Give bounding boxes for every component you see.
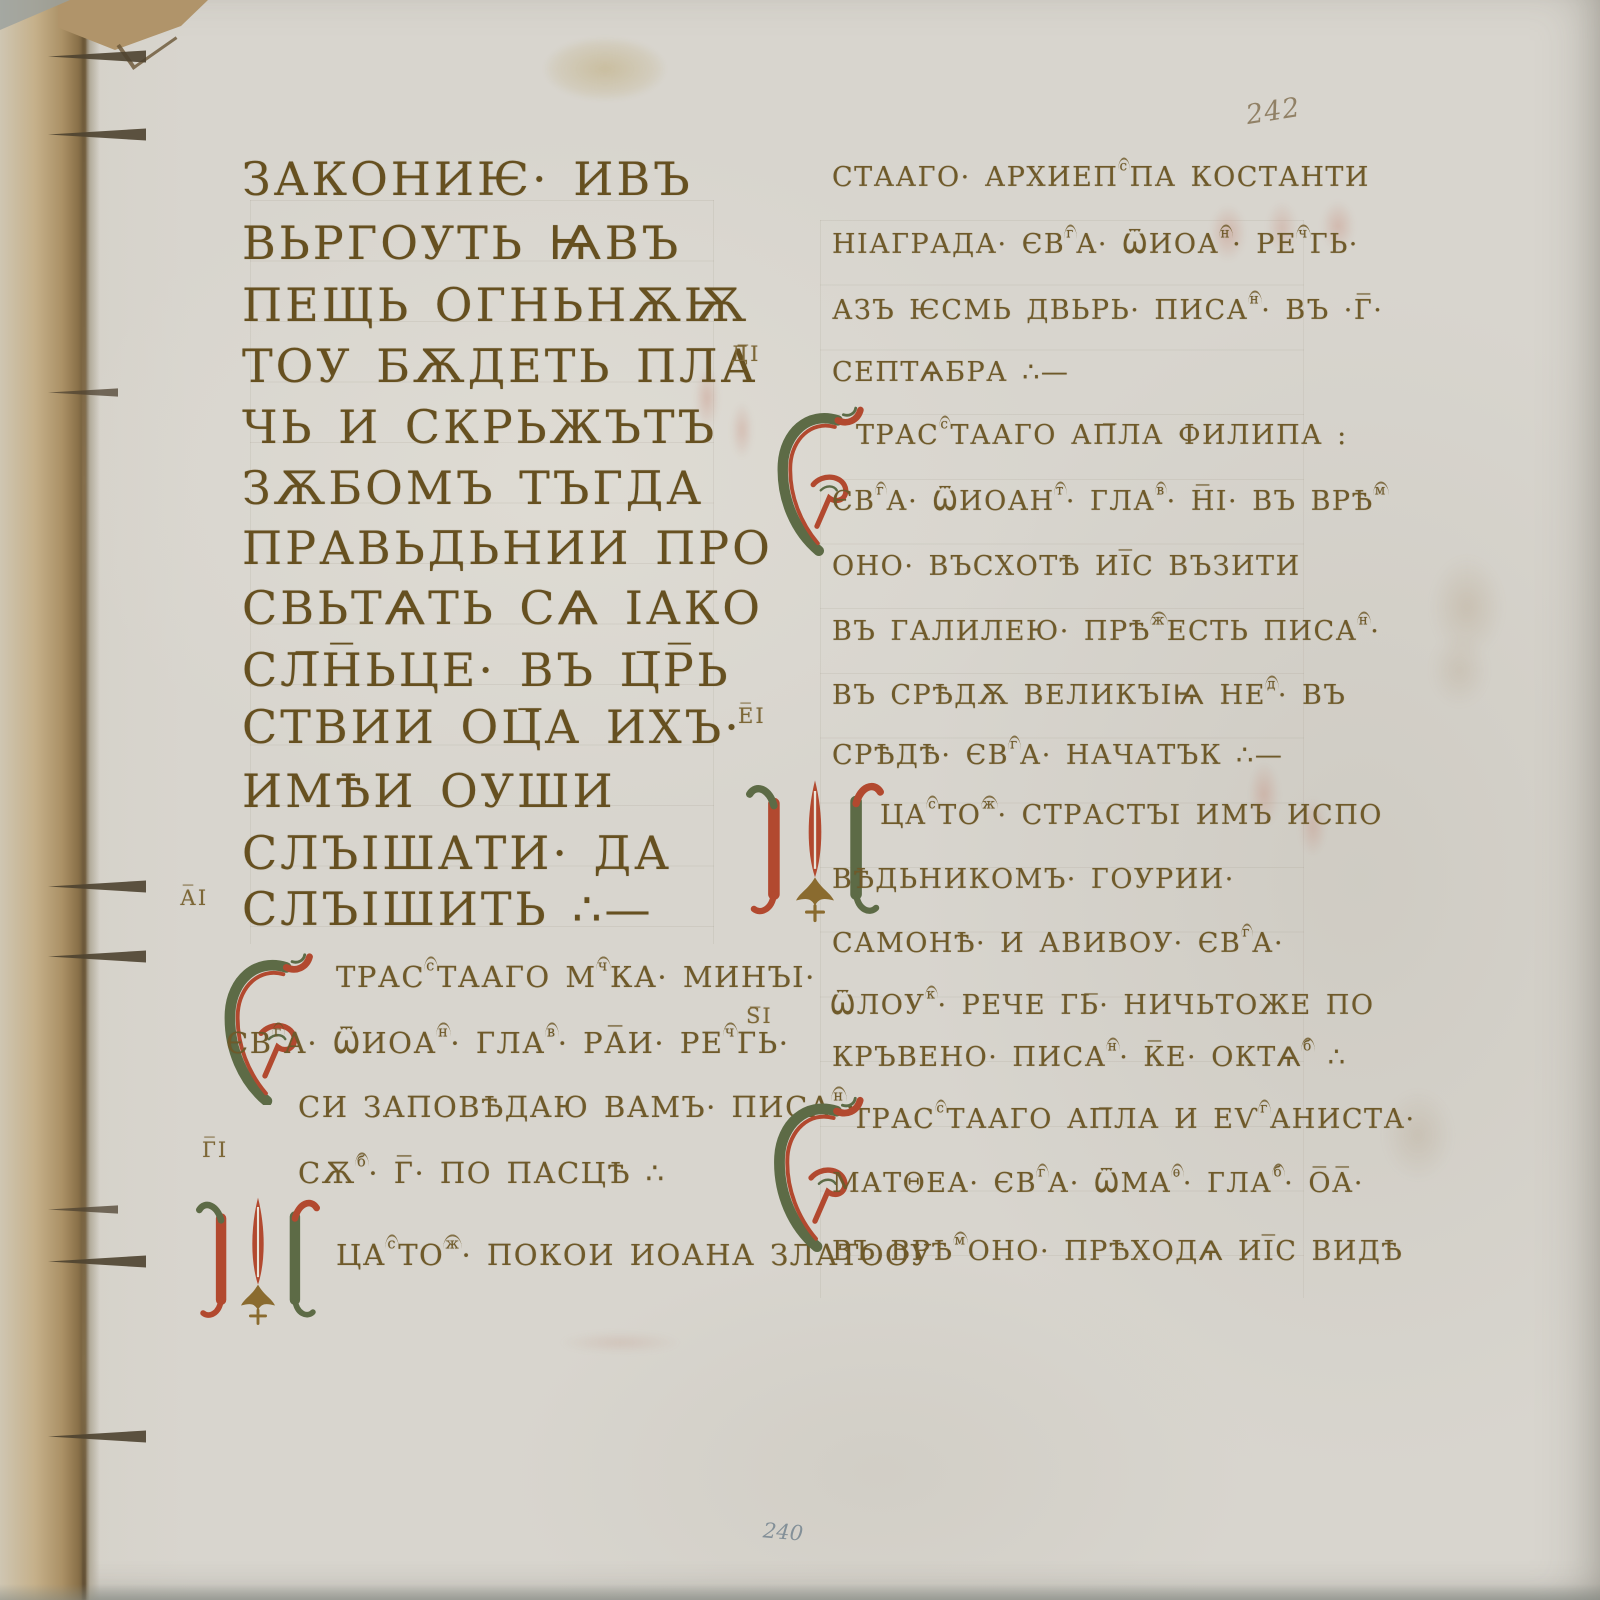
manuscript-text-line: СЕПТѦБРА ∴—	[832, 357, 1069, 388]
manuscript-text-line: ПРАВЬДЬНИИ ПРО	[242, 521, 773, 575]
folio-number-bottom: 240	[762, 1518, 804, 1545]
manuscript-text-line: СРѢДѢ· ЄВгА· НАЧАТЪК ∴—	[832, 740, 1283, 771]
manuscript-text-line: ПЕЩЬ ОГНЬНѪѬ	[242, 278, 749, 332]
superscript-letter: ѳ	[1171, 1163, 1184, 1180]
manuscript-text-line: ВѢДЬНИКОМЪ· ГОУРИИ·	[832, 864, 1235, 895]
manuscript-text-line: НІАГРАДА· ЄВгА· ѾИОАн· РЕчГЬ·	[832, 229, 1359, 260]
superscript-letter: н	[436, 1022, 451, 1039]
superscript-letter: ж	[981, 795, 999, 812]
manuscript-text-line: ИМѢИ ОУШИ	[242, 764, 616, 818]
superscript-letter: ч	[596, 956, 611, 974]
manuscript-text-line: СЛЪІШИТЬ ∴—	[242, 882, 653, 936]
margin-day-number: Д̅І	[731, 342, 760, 366]
manuscript-text-line: АЗЪ ѤСМЬ ДВЬРЬ· ПИСАн· ВЪ ·Г̅·	[832, 295, 1383, 326]
ornamental-initial	[742, 772, 888, 934]
ornamental-initial	[188, 1190, 328, 1336]
page-bottom-edge	[0, 1584, 1600, 1600]
manuscript-text-line: ЗѪБОМЪ ТЪГДА	[242, 461, 704, 515]
margin-day-number: Г̅І	[202, 1138, 228, 1162]
manuscript-text-line: ЄВгА· ѾИОАНт· ГЛАв· Н̅І· ВЪ ВРѢм	[832, 486, 1388, 517]
superscript-letter: с	[935, 1099, 948, 1116]
manuscript-text-line: ВЪ ГАЛИЛЕЮ· ПРѢжЕСТЬ ПИСАн·	[832, 616, 1380, 647]
manuscript-text-line: СЛЪІШАТИ· ДА	[242, 826, 672, 880]
superscript-letter: д	[1265, 675, 1279, 692]
ornamental-initial	[764, 400, 868, 562]
superscript-letter: ч	[1296, 224, 1310, 241]
manuscript-text-line: ЧЬ И СКРЬЖЪТЪ	[242, 400, 717, 454]
manuscript-text-line: ѾЛОУк· РЕЧЕ ГЬ̅· НИЧЬТОЖЕ ПО	[830, 990, 1375, 1021]
margin-day-number: А̅І	[180, 886, 208, 910]
superscript-letter: ж	[1150, 611, 1168, 628]
manuscript-text-line: СѪб· Г̅· ПО ПАСЦѢ ∴	[298, 1156, 666, 1190]
decorated-initial-glyph	[188, 1190, 328, 1332]
manuscript-text-line: МАТΘЕА· ЄВгА· ѾМАѳ· ГЛАб· О̅А̅·	[832, 1168, 1364, 1199]
manuscript-text-line: ТРАСсТААГО АП̅ЛА И ЕѴгАНИСТА·	[852, 1104, 1416, 1135]
superscript-letter: м	[953, 1231, 969, 1248]
manuscript-text-line: ТОУ БѪДЕТЬ ПЛА	[242, 339, 758, 393]
manuscript-text-line: КРЪВЕНО· ПИСАн· К̅Е· ОКТѦб ∴	[832, 1042, 1347, 1073]
superscript-letter: в	[1155, 481, 1168, 498]
manuscript-text-line: ВЬРГОУТЬ ѨВЪ	[242, 216, 681, 270]
superscript-letter: б	[1272, 1163, 1285, 1180]
superscript-letter: б	[355, 1152, 369, 1170]
manuscript-text-line: ВЪ СРѢДѪ ВЕЛИКЪІѨ НЕд· ВЪ	[832, 680, 1346, 711]
superscript-letter: с	[1118, 157, 1131, 174]
superscript-letter: ч	[723, 1022, 738, 1039]
manuscript-text-line: ВЪ ВРѢмОНО· ПРѢХОДѦ ИІ̅С ВИДѢ	[832, 1236, 1403, 1267]
superscript-letter: б	[1301, 1037, 1314, 1054]
superscript-letter: м	[1373, 481, 1389, 498]
superscript-letter: с	[939, 415, 952, 432]
superscript-letter: с	[424, 956, 438, 974]
margin-day-number: Ѕ̅І	[746, 1004, 773, 1028]
decorated-initial-glyph	[742, 772, 888, 930]
superscript-letter: ж	[443, 1234, 462, 1252]
manuscript-text-line: ЄВгА· ѾИОАн· ГЛАв· РА̅И· РЕчГЬ·	[226, 1026, 789, 1060]
manuscript-text-line: ТРАСсТААГО МчКА· МИНЪІ·	[336, 960, 816, 994]
manuscript-text-line: ОНО· ВЪСХОТѢ ИІ̅С ВЪЗИТИ	[832, 551, 1301, 582]
folio-number-top: 242	[1244, 92, 1303, 131]
manuscript-text-line: СВЬТѦТЬ СѦ ІАКО	[242, 581, 763, 635]
manuscript-text-line: СТААГО· АРХИЕПсПА КОСТАНТИ	[832, 162, 1370, 193]
parchment-smudge	[1392, 535, 1542, 715]
manuscript-text-line: САМОНѢ· И АВИВОУ· ЄВгА·	[832, 928, 1284, 959]
manuscript-text-line: ТРАСсТААГО АП̅ЛА ФИЛИПА :	[856, 420, 1348, 451]
manuscript-text-line: СТВИИ ОЦ̅А ИХЪ·	[242, 700, 742, 754]
manuscript-text-line: ЦАсТОж· СТРАСТЪІ ИМЪ ИСПО	[880, 800, 1383, 831]
parchment-stain	[545, 38, 665, 100]
superscript-letter: т	[1054, 481, 1067, 498]
superscript-letter: с	[926, 795, 939, 812]
gutter-fold-line	[82, 0, 86, 1600]
superscript-letter: к	[925, 985, 939, 1002]
parchment-smudge	[1348, 1055, 1488, 1215]
manuscript-page: 242 240 ЗАКОНИѤ· ИВЪВЬРГОУТЬ ѨВЪПЕЩЬ ОГН…	[0, 0, 1600, 1600]
margin-day-number: Е̅І	[738, 704, 766, 728]
superscript-letter: н	[1357, 611, 1371, 628]
decorated-initial-glyph	[764, 400, 868, 558]
superscript-letter: с	[385, 1234, 399, 1252]
manuscript-text-line: СЛ̅Н̅ЬЦЕ· ВЪ Ц̅Р̅Ь	[242, 643, 731, 697]
manuscript-text-line: ЗАКОНИѤ· ИВЪ	[242, 152, 693, 206]
superscript-letter: в	[545, 1022, 559, 1039]
show-through-mark	[515, 1315, 725, 1370]
